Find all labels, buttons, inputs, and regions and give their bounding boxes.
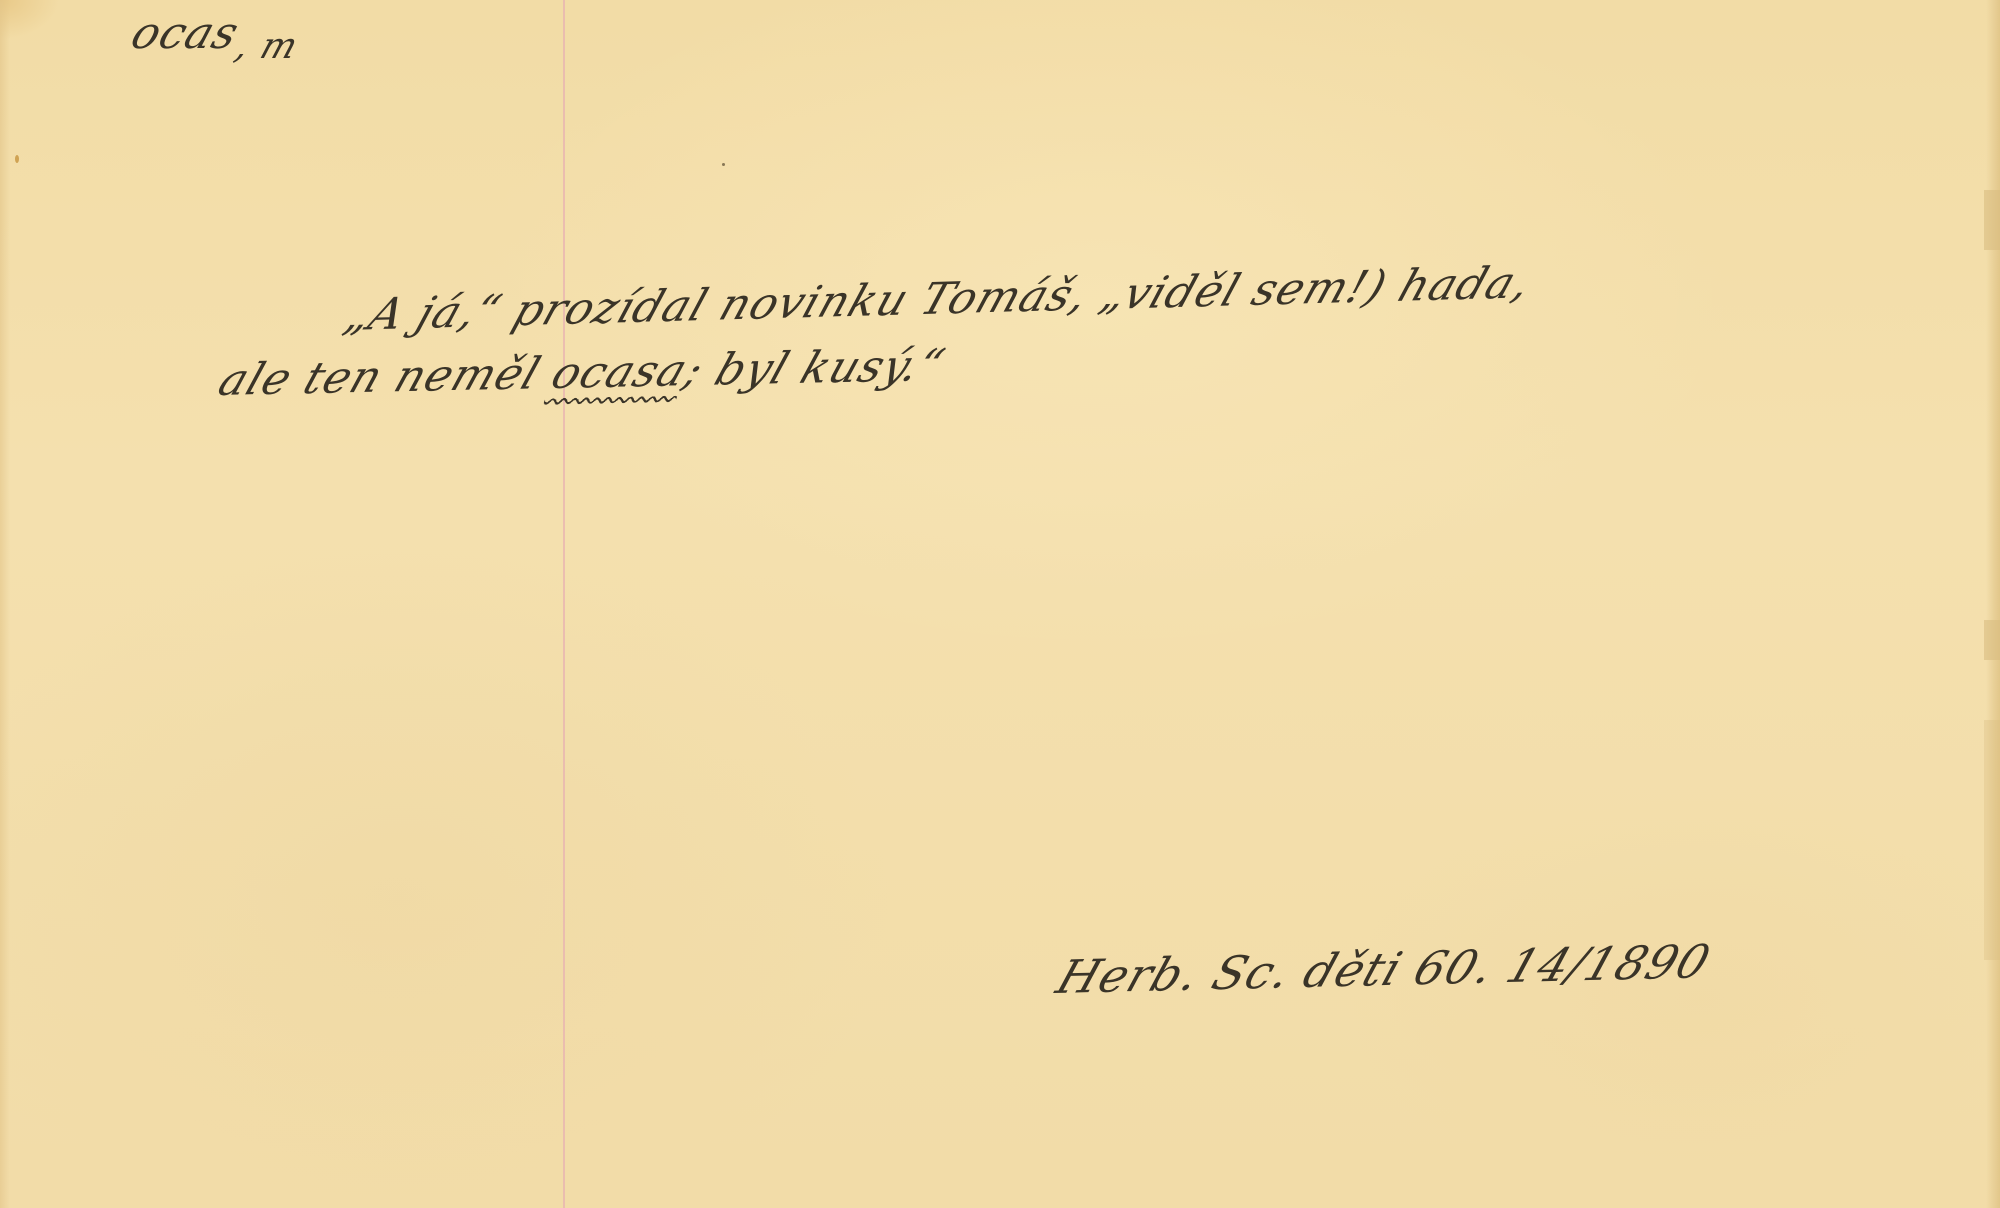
headword-text: ocas (125, 8, 246, 59)
paper-edge-mark (1984, 620, 2000, 660)
citation-card: ocas, m „A já,“ prozídal novinku Tomáš, … (0, 0, 2000, 1208)
citation-line-2: ale ten neměl ocasa; byl kusý.“ (212, 340, 952, 406)
headword: ocas, m (125, 8, 310, 59)
paper-speck (722, 163, 725, 166)
paper-edge-shadow (1984, 720, 2000, 960)
headword-gender: , m (230, 26, 303, 67)
citation-text: ; byl kusý.“ (677, 340, 951, 396)
source-reference: Herb. Sc. děti 60. 14/1890 (1050, 934, 1718, 1004)
highlighted-word: ocasa (545, 345, 695, 399)
citation-text: ale ten neměl (212, 348, 563, 406)
paper-left-edge (0, 0, 10, 1208)
paper-stain (15, 155, 19, 163)
paper-edge-mark (1984, 190, 2000, 250)
paper-right-edge (1986, 0, 2000, 1208)
citation-line-1: „A já,“ prozídal novinku Tomáš, „viděl s… (338, 257, 1538, 341)
margin-line (563, 0, 565, 1208)
